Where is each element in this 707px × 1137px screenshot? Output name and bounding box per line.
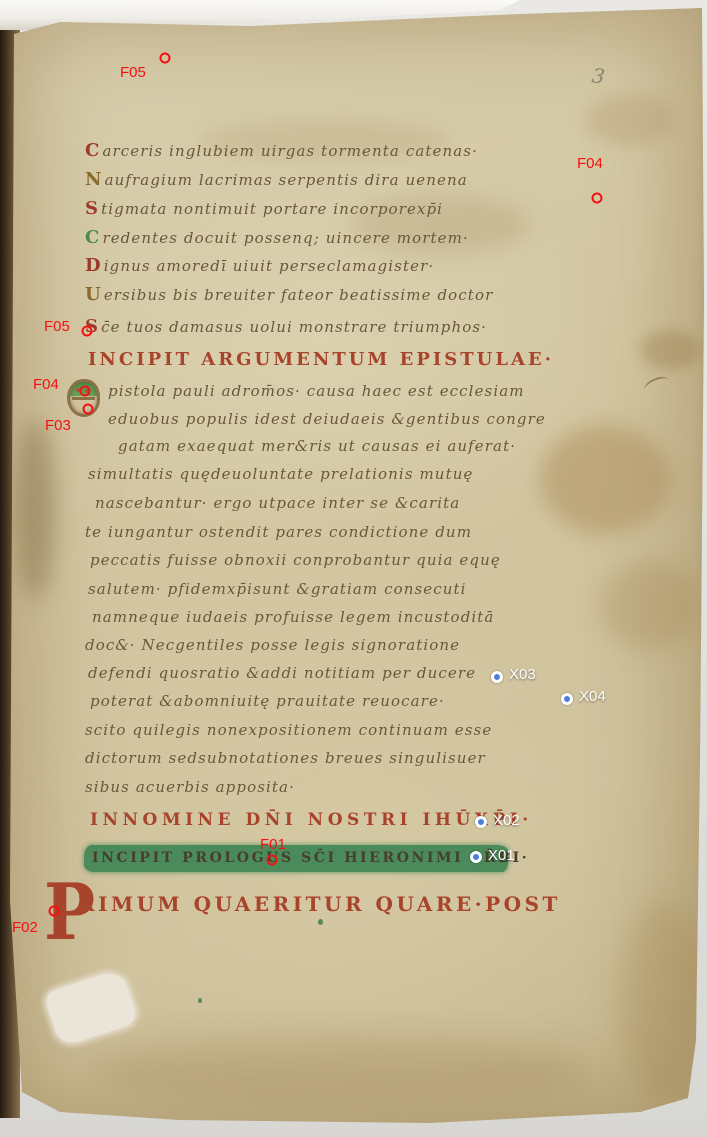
verse-line: Naufragium lacrimas serpentis dira uenen… (85, 170, 468, 191)
verse-line: Uersibus bis breuiter fateor beatissime … (85, 285, 493, 306)
manuscript-photo: 3 Carceris inglubiem uirgas tormenta cat… (0, 0, 707, 1137)
text-line: eduobus populis idest deiudaeis &gentibu… (108, 411, 546, 428)
marker-circle-f05-initial[interactable] (82, 326, 93, 337)
verse-initial: C (85, 227, 100, 248)
text-line: scito quilegis nonexpositionem continuam… (85, 722, 492, 739)
marker-label-x04: X04 (579, 688, 606, 705)
marker-circle-f04-margin[interactable] (592, 193, 603, 204)
text-line: doc&· Necgentiles posse legis signoratio… (85, 637, 460, 654)
stain (600, 560, 700, 650)
verse-initial: S (85, 198, 99, 219)
rubric-incipit-prologus: INCIPIT PROLOGUS SC̄I HIERONIMI PR̄BI· (92, 850, 529, 866)
marker-label-f04-initial: F04 (33, 376, 59, 393)
marker-circle-f04-initial[interactable] (80, 386, 91, 397)
verse-text: tigmata nontimuit portare incorporexp̄i (101, 200, 443, 218)
verse-text: redentes docuit possenq; uincere mortem· (102, 229, 468, 247)
verse-line: Dignus amoredī uiuit perseclamagister· (85, 256, 434, 277)
marker-label-x02: X02 (493, 812, 520, 829)
text-line: sibus acuerbis apposita· (85, 779, 295, 796)
text-line: te iungantur ostendit pares condictione … (85, 524, 472, 541)
marker-circle-f05-top[interactable] (160, 53, 171, 64)
text-line: simultatis quędeuoluntate prelationis mu… (88, 466, 473, 483)
verse-text: ignus amoredī uiuit perseclamagister· (104, 257, 434, 275)
marginal-pen-mark (642, 374, 671, 397)
marker-dot-x04[interactable] (561, 693, 573, 705)
verse-initial: C (85, 140, 100, 161)
marker-circle-f02[interactable] (49, 906, 60, 917)
marker-label-f03: F03 (45, 417, 71, 434)
green-ink-dot (198, 998, 202, 1003)
text-line: pistola pauli adrom̄os· causa haec est e… (108, 383, 525, 400)
green-ink-dot (318, 919, 323, 925)
marker-label-f04-margin: F04 (577, 155, 603, 172)
verse-text: ersibus bis breuiter fateor beatissime d… (104, 286, 494, 304)
verse-line: Stigmata nontimuit portare incorporexp̄i (85, 199, 443, 220)
text-line: namneque iudaeis profuisse legem incusto… (92, 609, 494, 626)
green-highlight-band: INCIPIT PROLOGUS SC̄I HIERONIMI PR̄BI· (84, 845, 508, 872)
rubric-incipit-argumentum: INCIPIT ARGUMENTUM EPISTULAE· (88, 349, 554, 370)
verse-line: Credentes docuit possenq; uincere mortem… (85, 228, 469, 249)
marker-circle-f03[interactable] (83, 404, 94, 415)
verse-text: arceris inglubiem uirgas tormenta catena… (102, 142, 478, 160)
verse-initial: U (85, 284, 102, 305)
repair-patch (43, 969, 138, 1048)
marker-label-x01: X01 (488, 847, 515, 864)
marker-label-f02: F02 (12, 919, 38, 936)
marker-dot-x02[interactable] (475, 816, 487, 828)
text-line: peccatis fuisse obnoxii conprobantur qui… (90, 552, 501, 569)
verse-initial: N (85, 169, 103, 190)
verse-initial: D (85, 255, 102, 276)
stain (90, 1035, 590, 1105)
marker-label-f05-initial: F05 (44, 318, 70, 335)
text-line: gatam exaequat mer&ris ut causas ei aufe… (118, 438, 516, 455)
marker-dot-x03[interactable] (491, 671, 503, 683)
verse-line: Carceris inglubiem uirgas tormenta caten… (85, 141, 478, 162)
marker-label-x03: X03 (509, 666, 536, 683)
verse-text: aufragium lacrimas serpentis dira uenena (105, 171, 468, 189)
text-line: poterat &abomniuitę prauitate reuocare· (90, 693, 445, 710)
stain (540, 425, 670, 535)
rubric-in-nomine: INNOMINE DN̄I NOSTRI IHŪXP̄I· (90, 810, 533, 830)
display-line-primum: RIMUM QUAERITUR QUARE·POST (78, 892, 561, 916)
text-line: nascebantur· ergo utpace inter se &carit… (95, 495, 460, 512)
text-line: defendi quosratio &addi notitiam per duc… (88, 665, 476, 682)
marker-label-f01: F01 (260, 836, 286, 853)
marker-label-f05-top: F05 (120, 64, 146, 81)
stain (15, 420, 55, 600)
stain (640, 330, 700, 370)
marker-dot-x01[interactable] (470, 851, 482, 863)
stain (620, 900, 707, 1100)
verse-text: c̄e tuos damasus uolui monstrare triumph… (101, 318, 487, 336)
text-line: dictorum sedsubnotationes breues singuli… (85, 750, 486, 767)
text-line: salutem· pfidemxp̄isunt &gratiam consecu… (88, 581, 467, 598)
verse-line: Sc̄e tuos damasus uolui monstrare triump… (85, 317, 487, 338)
stain (585, 95, 675, 145)
marker-circle-f01[interactable] (267, 855, 278, 866)
